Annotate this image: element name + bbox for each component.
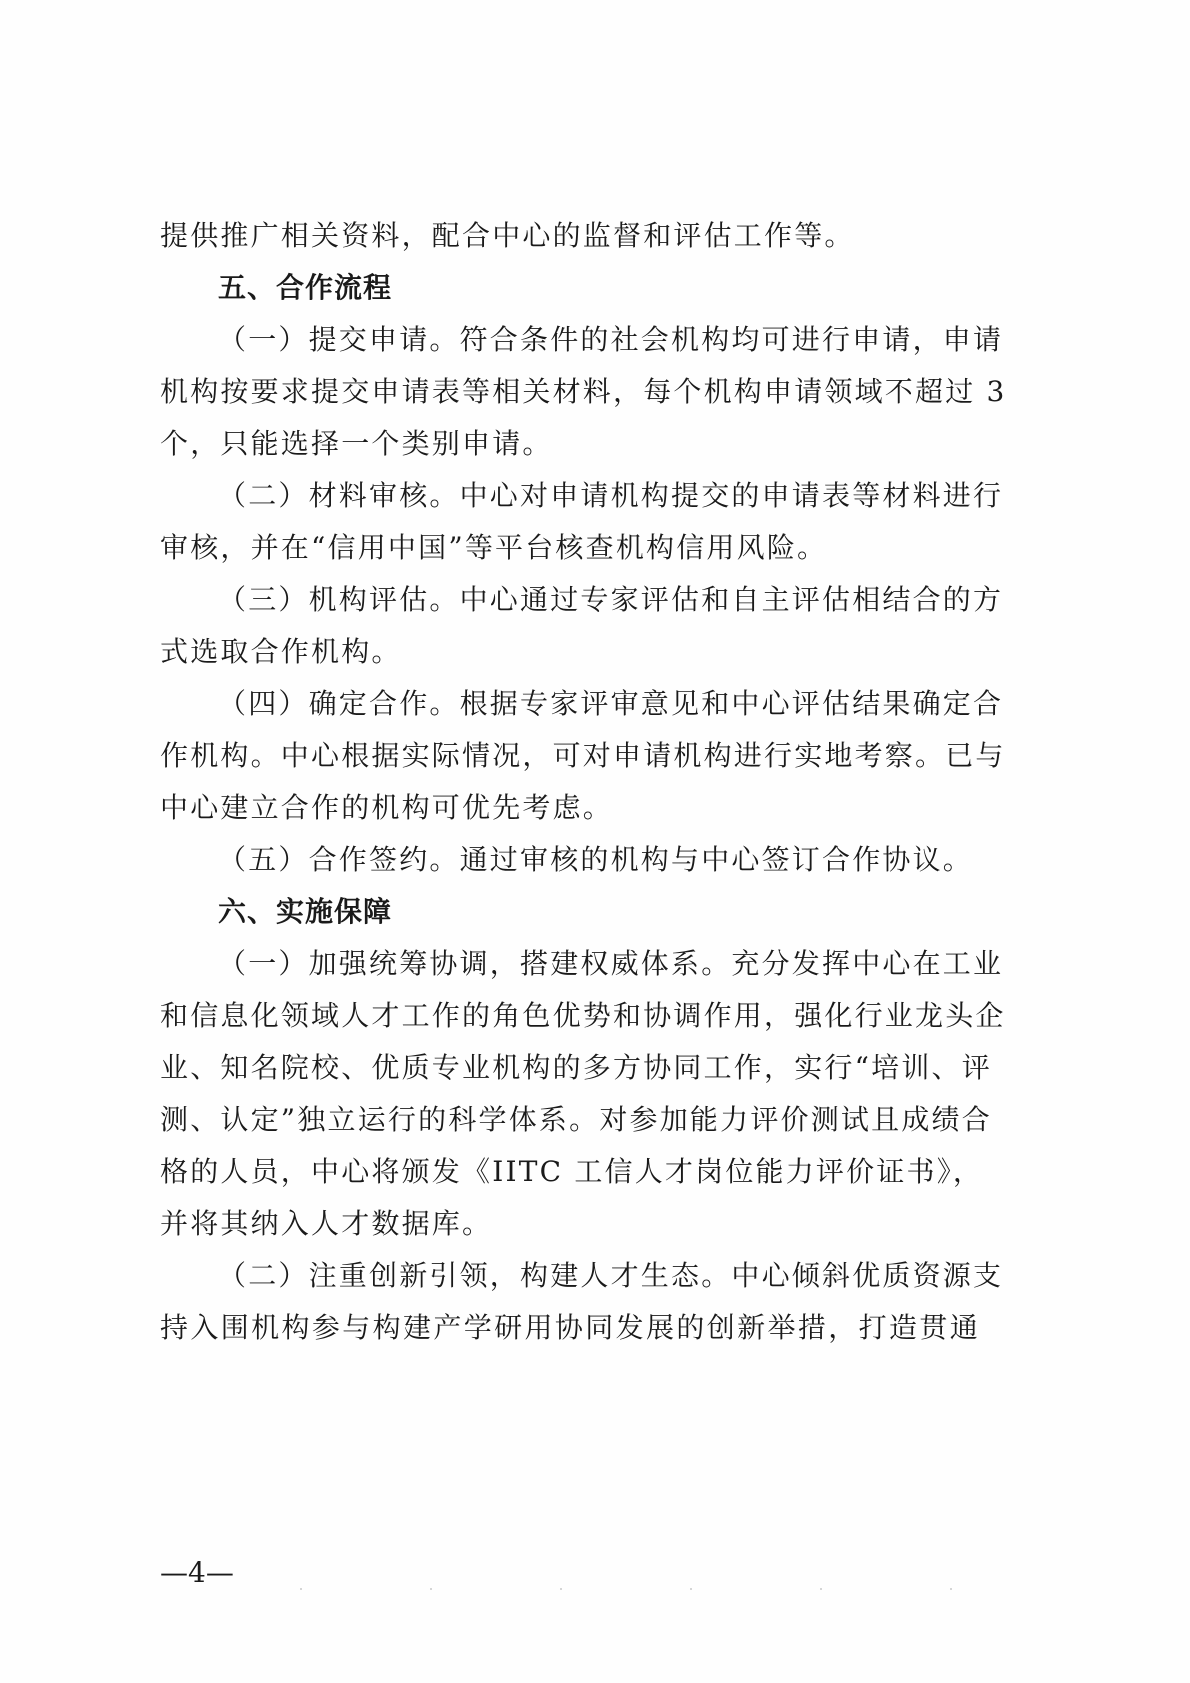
paragraph-line: 审核，并在“信用中国”等平台核查机构信用风险。 bbox=[160, 530, 980, 566]
paragraph-first-line: （二）注重创新引领，构建人才生态。中心倾斜优质资源支 bbox=[218, 1258, 980, 1294]
section-heading: 五、合作流程 bbox=[218, 270, 392, 306]
section-heading: 六、实施保障 bbox=[218, 894, 392, 930]
paragraph-first-line: （三）机构评估。中心通过专家评估和自主评估相结合的方 bbox=[218, 582, 980, 618]
scan-speck bbox=[820, 1588, 822, 1590]
scan-speck bbox=[430, 1588, 432, 1590]
paragraph-line: 持入围机构参与构建产学研用协同发展的创新举措，打造贯通 bbox=[160, 1310, 980, 1346]
document-page: 提供推广相关资料，配合中心的监督和评估工作等。五、合作流程（一）提交申请。符合条… bbox=[0, 0, 1190, 1683]
paragraph-first-line: （一）提交申请。符合条件的社会机构均可进行申请，申请 bbox=[218, 322, 980, 358]
scan-speck bbox=[950, 1588, 952, 1590]
paragraph-first-line: （五）合作签约。通过审核的机构与中心签订合作协议。 bbox=[218, 842, 980, 878]
paragraph-line: 格的人员，中心将颁发《IITC 工信人才岗位能力评价证书》， bbox=[160, 1154, 980, 1190]
paragraph-line: 业、知名院校、优质专业机构的多方协同工作，实行“培训、评 bbox=[160, 1050, 980, 1086]
paragraph-line: 作机构。中心根据实际情况，可对申请机构进行实地考察。已与 bbox=[160, 738, 980, 774]
page-number: —4— bbox=[160, 1555, 234, 1591]
scan-speck bbox=[690, 1588, 692, 1590]
paragraph-first-line: （二）材料审核。中心对申请机构提交的申请表等材料进行 bbox=[218, 478, 980, 514]
paragraph-line: 中心建立合作的机构可优先考虑。 bbox=[160, 790, 980, 826]
paragraph-first-line: （四）确定合作。根据专家评审意见和中心评估结果确定合 bbox=[218, 686, 980, 722]
paragraph-line: 提供推广相关资料，配合中心的监督和评估工作等。 bbox=[160, 218, 980, 254]
scan-speck bbox=[560, 1588, 562, 1590]
paragraph-line: 并将其纳入人才数据库。 bbox=[160, 1206, 980, 1242]
paragraph-line: 个，只能选择一个类别申请。 bbox=[160, 426, 980, 462]
paragraph-line: 测、认定”独立运行的科学体系。对参加能力评价测试且成绩合 bbox=[160, 1102, 980, 1138]
scan-speck bbox=[300, 1588, 302, 1590]
paragraph-first-line: （一）加强统筹协调，搭建权威体系。充分发挥中心在工业 bbox=[218, 946, 980, 982]
paragraph-line: 机构按要求提交申请表等相关材料，每个机构申请领域不超过 3 bbox=[160, 374, 980, 410]
paragraph-line: 和信息化领域人才工作的角色优势和协调作用，强化行业龙头企 bbox=[160, 998, 980, 1034]
paragraph-line: 式选取合作机构。 bbox=[160, 634, 980, 670]
